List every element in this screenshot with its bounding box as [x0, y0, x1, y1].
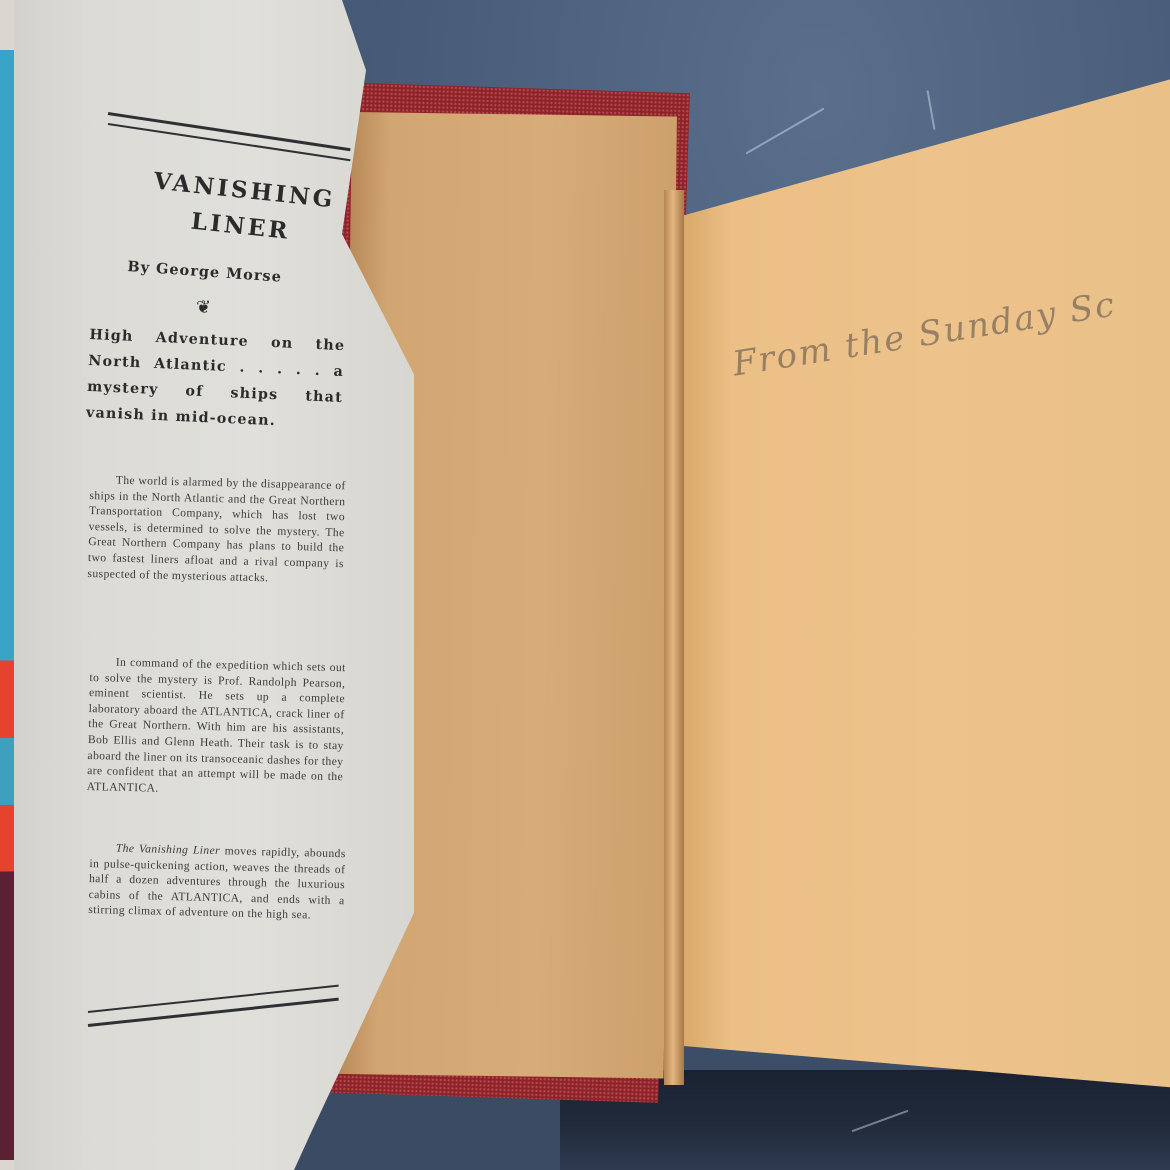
right-flyleaf-page: [682, 76, 1170, 1136]
top-rule-thick: [108, 112, 351, 151]
blurb-paragraph-2: In command of the expedition which sets …: [87, 654, 346, 801]
book-title: VANISHING LINER: [114, 160, 370, 258]
blurb-paragraph-3: The Vanishing Liner moves rapidly, aboun…: [88, 840, 346, 924]
bottom-rule-thin: [88, 985, 339, 1013]
blurb-paragraph-1: The world is alarmed by the disappearanc…: [87, 472, 346, 587]
fleuron-ornament-icon: ❦: [196, 297, 211, 318]
book-gutter: [664, 190, 684, 1085]
bottom-rule-thick: [88, 998, 339, 1027]
tagline: High Adventure on the North Atlantic . .…: [85, 322, 345, 437]
book-title-italic: The Vanishing Liner: [116, 842, 221, 858]
flap-content: VANISHING LINER By George Morse ❦ High A…: [88, 0, 388, 1170]
author-byline: By George Morse: [127, 258, 378, 292]
